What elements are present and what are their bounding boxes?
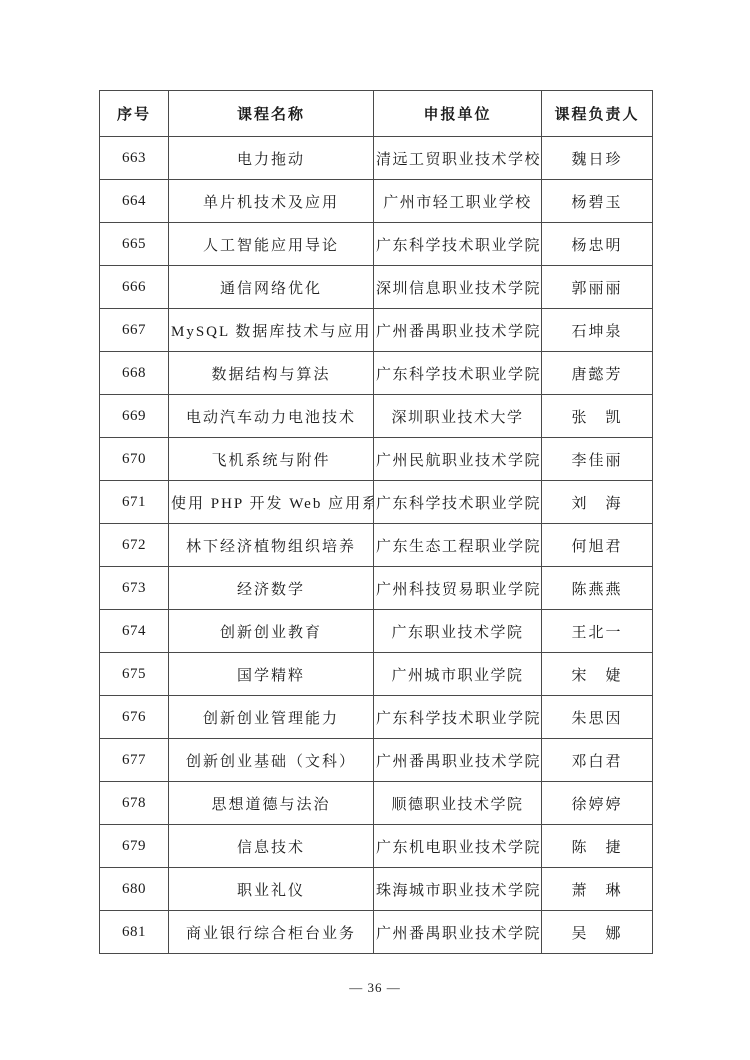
cell-leader: 萧 琳 [542,868,653,911]
cell-course: 创新创业教育 [169,610,374,653]
cell-course: MySQL 数据库技术与应用 [169,309,374,352]
cell-seq: 680 [100,868,169,911]
cell-seq: 670 [100,438,169,481]
cell-leader: 郭丽丽 [542,266,653,309]
cell-course: 单片机技术及应用 [169,180,374,223]
cell-unit: 珠海城市职业技术学院 [374,868,542,911]
cell-unit: 广东科学技术职业学院 [374,223,542,266]
table-row: 680职业礼仪珠海城市职业技术学院萧 琳 [100,868,653,911]
table-row: 667MySQL 数据库技术与应用广州番禺职业技术学院石坤泉 [100,309,653,352]
cell-leader: 宋 婕 [542,653,653,696]
document-page: 序号课程名称申报单位课程负责人 663电力拖动清远工贸职业技术学校魏日珍664单… [0,0,750,1060]
cell-course: 思想道德与法治 [169,782,374,825]
cell-leader: 王北一 [542,610,653,653]
cell-leader: 陈燕燕 [542,567,653,610]
table-row: 678思想道德与法治顺德职业技术学院徐婷婷 [100,782,653,825]
table-row: 679信息技术广东机电职业技术学院陈 捷 [100,825,653,868]
cell-course: 职业礼仪 [169,868,374,911]
cell-course: 通信网络优化 [169,266,374,309]
cell-unit: 广东科学技术职业学院 [374,481,542,524]
cell-unit: 广东科学技术职业学院 [374,352,542,395]
cell-leader: 邓白君 [542,739,653,782]
cell-course: 电力拖动 [169,137,374,180]
cell-leader: 张 凯 [542,395,653,438]
cell-unit: 清远工贸职业技术学校 [374,137,542,180]
table-row: 664单片机技术及应用广州市轻工职业学校杨碧玉 [100,180,653,223]
cell-seq: 666 [100,266,169,309]
cell-unit: 深圳信息职业技术学院 [374,266,542,309]
cell-unit: 广州民航职业技术学院 [374,438,542,481]
cell-leader: 刘 海 [542,481,653,524]
table-row: 673经济数学广州科技贸易职业学院陈燕燕 [100,567,653,610]
cell-leader: 石坤泉 [542,309,653,352]
cell-seq: 663 [100,137,169,180]
table-row: 674创新创业教育广东职业技术学院王北一 [100,610,653,653]
cell-leader: 杨碧玉 [542,180,653,223]
cell-leader: 吴 娜 [542,911,653,954]
cell-seq: 673 [100,567,169,610]
course-list-table: 序号课程名称申报单位课程负责人 663电力拖动清远工贸职业技术学校魏日珍664单… [99,90,653,954]
cell-unit: 广州番禺职业技术学院 [374,911,542,954]
table-row: 668数据结构与算法广东科学技术职业学院唐懿芳 [100,352,653,395]
cell-course: 数据结构与算法 [169,352,374,395]
table-row: 675国学精粹广州城市职业学院宋 婕 [100,653,653,696]
cell-seq: 677 [100,739,169,782]
cell-seq: 678 [100,782,169,825]
table-row: 666通信网络优化深圳信息职业技术学院郭丽丽 [100,266,653,309]
column-header-leader: 课程负责人 [542,91,653,137]
column-header-course: 课程名称 [169,91,374,137]
cell-seq: 665 [100,223,169,266]
cell-leader: 魏日珍 [542,137,653,180]
cell-unit: 广州市轻工职业学校 [374,180,542,223]
cell-course: 飞机系统与附件 [169,438,374,481]
column-header-unit: 申报单位 [374,91,542,137]
cell-seq: 668 [100,352,169,395]
column-header-seq: 序号 [100,91,169,137]
cell-seq: 667 [100,309,169,352]
cell-course: 创新创业管理能力 [169,696,374,739]
table-row: 676创新创业管理能力广东科学技术职业学院朱思因 [100,696,653,739]
cell-course: 经济数学 [169,567,374,610]
cell-leader: 朱思因 [542,696,653,739]
page-number: — 36 — [0,980,750,996]
cell-unit: 顺德职业技术学院 [374,782,542,825]
cell-leader: 李佳丽 [542,438,653,481]
table-row: 677创新创业基础（文科）广州番禺职业技术学院邓白君 [100,739,653,782]
cell-course: 人工智能应用导论 [169,223,374,266]
cell-unit: 深圳职业技术大学 [374,395,542,438]
table-row: 670飞机系统与附件广州民航职业技术学院李佳丽 [100,438,653,481]
cell-leader: 唐懿芳 [542,352,653,395]
table-row: 672林下经济植物组织培养广东生态工程职业学院何旭君 [100,524,653,567]
cell-unit: 广州科技贸易职业学院 [374,567,542,610]
cell-seq: 676 [100,696,169,739]
cell-seq: 674 [100,610,169,653]
cell-course: 创新创业基础（文科） [169,739,374,782]
cell-course: 商业银行综合柜台业务 [169,911,374,954]
cell-course: 林下经济植物组织培养 [169,524,374,567]
cell-course: 使用 PHP 开发 Web 应用系统 [169,481,374,524]
cell-unit: 广州番禺职业技术学院 [374,739,542,782]
table-row: 669电动汽车动力电池技术深圳职业技术大学张 凯 [100,395,653,438]
table-header-row: 序号课程名称申报单位课程负责人 [100,91,653,137]
cell-unit: 广东职业技术学院 [374,610,542,653]
cell-leader: 杨忠明 [542,223,653,266]
cell-seq: 664 [100,180,169,223]
cell-seq: 679 [100,825,169,868]
cell-seq: 669 [100,395,169,438]
cell-seq: 671 [100,481,169,524]
cell-unit: 广州城市职业学院 [374,653,542,696]
cell-unit: 广东科学技术职业学院 [374,696,542,739]
cell-course: 国学精粹 [169,653,374,696]
cell-leader: 陈 捷 [542,825,653,868]
table-row: 665人工智能应用导论广东科学技术职业学院杨忠明 [100,223,653,266]
cell-leader: 徐婷婷 [542,782,653,825]
cell-seq: 672 [100,524,169,567]
table-row: 663电力拖动清远工贸职业技术学校魏日珍 [100,137,653,180]
cell-course: 电动汽车动力电池技术 [169,395,374,438]
table-row: 671使用 PHP 开发 Web 应用系统广东科学技术职业学院刘 海 [100,481,653,524]
table-row: 681商业银行综合柜台业务广州番禺职业技术学院吴 娜 [100,911,653,954]
cell-unit: 广东生态工程职业学院 [374,524,542,567]
cell-course: 信息技术 [169,825,374,868]
cell-unit: 广东机电职业技术学院 [374,825,542,868]
cell-seq: 675 [100,653,169,696]
cell-unit: 广州番禺职业技术学院 [374,309,542,352]
cell-seq: 681 [100,911,169,954]
cell-leader: 何旭君 [542,524,653,567]
